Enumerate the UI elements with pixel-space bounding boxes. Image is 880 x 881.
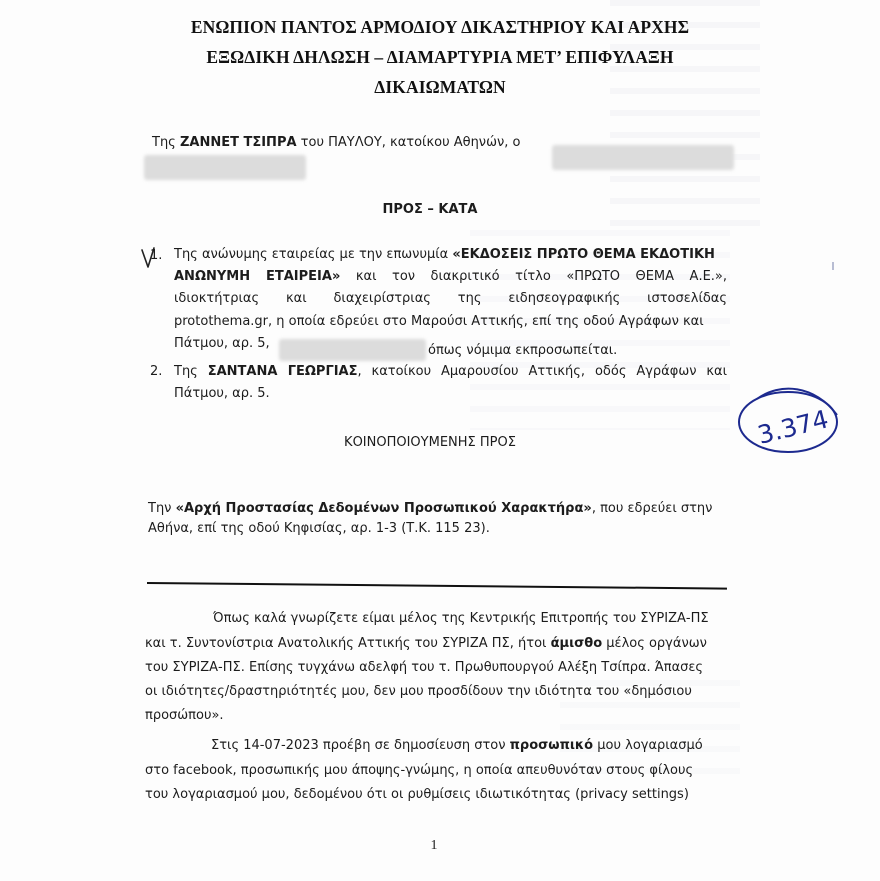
respondent-2-name: ΣΑΝΤΑΝΑ ΓΕΩΡΓΙΑΣ: [208, 364, 358, 379]
page-number: 1: [0, 838, 868, 854]
heading-line-1: ΕΝΩΠΙΟΝ ΠΑΝΤΟΣ ΑΡΜΟΔΙΟΥ ΔΙΚΑΣΤΗΡΙΟΥ ΚΑΙ …: [0, 17, 880, 38]
sender-name: ΖΑΝΝΕΤ ΤΣΙΠΡΑ: [180, 135, 297, 150]
respondent-1-line-1: Της ανώνυμης εταιρείας με την επωνυμία «…: [174, 244, 715, 266]
respondent-1-line-4: protothema.gr, η οποία εδρεύει στο Μαρού…: [174, 311, 704, 333]
paragraph-2-line-3: του λογαριασμού μου, δεδομένου ότι οι ρυ…: [145, 784, 689, 806]
respondent-2-line-1: Της ΣΑΝΤΑΝΑ ΓΕΩΡΓΙΑΣ, κατοίκου Αμαρουσίο…: [174, 361, 727, 383]
notified-label: ΚΟΙΝΟΠΟΙΟΥΜΕΝΗΣ ΠΡΟΣ: [0, 435, 870, 450]
paragraph-2-line-1: Στις 14-07-2023 προέβη σε δημοσίευση στο…: [211, 735, 703, 757]
paragraph-2-emphasis: προσωπικό: [510, 738, 593, 753]
sender-prefix: Της: [152, 135, 180, 150]
sender-line: Της ΖΑΝΝΕΤ ΤΣΙΠΡΑ του ΠΑΥΛΟΥ, κατοίκου Α…: [152, 132, 520, 154]
respondent-1-line-2: ΑΝΩΝΥΜΗ ΕΤΑΙΡΕΙΑ» και τον διακριτικό τίτ…: [174, 266, 727, 288]
respondent-1-company-name-cont: ΑΝΩΝΥΜΗ ΕΤΑΙΡΕΙΑ»: [174, 269, 340, 284]
sender-trailing: ο: [512, 135, 520, 150]
respondent-1-line-5-end: όπως νόμιμα εκπροσωπείται.: [428, 340, 617, 362]
notified-prefix: Την: [148, 501, 176, 516]
heading-line-3: ΔΙΚΑΙΩΜΑΤΩΝ: [0, 77, 880, 98]
respondent-1-text: Της ανώνυμης εταιρείας με την επωνυμία: [174, 247, 452, 262]
paragraph-2-line-2: στο facebook, προσωπικής μου άποψης-γνώμ…: [145, 760, 693, 782]
redacted-address-1: [552, 145, 734, 170]
paragraph-1-line-1: Όπως καλά γνωρίζετε είμαι μέλος της Κεντ…: [213, 608, 709, 630]
respondent-2-address: , κατοίκου Αμαρουσίου Αττικής, οδός Αγρά…: [358, 364, 727, 379]
paragraph-2-line-1-end: μου λογαριασμό: [593, 738, 703, 753]
against-label: ΠΡΟΣ – ΚΑΤΑ: [0, 202, 870, 217]
respondent-2-line-2: Πάτμου, αρ. 5.: [174, 383, 270, 405]
sender-suffix: του ΠΑΥΛΟΥ, κατοίκου Αθηνών,: [297, 135, 513, 150]
notified-line-2: Αθήνα, επί της οδού Κηφισίας, αρ. 1-3 (Τ…: [148, 518, 490, 540]
paragraph-1-line-2-start: και τ. Συντονίστρια Ανατολικής Αττικής τ…: [145, 636, 551, 651]
notified-line-1: Την «Αρχή Προστασίας Δεδομένων Προσωπικο…: [148, 498, 712, 520]
respondent-2-prefix: Της: [174, 364, 208, 379]
stray-pen-mark: [832, 262, 834, 270]
paragraph-1-line-3: του ΣΥΡΙΖΑ-ΠΣ. Επίσης τυγχάνω αδελφή του…: [145, 657, 703, 679]
paragraph-1-line-2-end: μέλος οργάνων: [602, 636, 707, 651]
paragraph-1-line-2: και τ. Συντονίστρια Ανατολικής Αττικής τ…: [145, 633, 707, 655]
respondent-1-address: Πάτμου, αρ. 5,: [174, 336, 270, 351]
notified-address-start: , που εδρεύει στην: [592, 501, 713, 516]
respondent-1-line-5: Πάτμου, αρ. 5,: [174, 333, 270, 355]
paragraph-1-line-4: οι ιδιότητες/δραστηριότητές μου, δεν μου…: [145, 681, 692, 703]
paragraph-1-emphasis: άμισθο: [551, 636, 603, 651]
respondent-2-number: 2.: [150, 364, 162, 379]
redacted-address-2: [144, 155, 306, 180]
respondent-1-number: 1.: [150, 248, 162, 263]
respondent-1-company-name: «ΕΚΔΟΣΕΙΣ ΠΡΩΤΟ ΘΕΜΑ ΕΚΔΟΤΙΚΗ: [452, 247, 715, 262]
redacted-respondent-1-info: [279, 339, 426, 361]
section-divider: [147, 582, 727, 590]
paragraph-2-line-1-start: Στις 14-07-2023 προέβη σε δημοσίευση στο…: [211, 738, 510, 753]
heading-line-2: ΕΞΩΔΙΚΗ ΔΗΛΩΣΗ – ΔΙΑΜΑΡΤΥΡΙΑ ΜΕΤ’ ΕΠΙΦΥΛ…: [0, 47, 880, 68]
document-page: ΕΝΩΠΙΟΝ ΠΑΝΤΟΣ ΑΡΜΟΔΙΟΥ ΔΙΚΑΣΤΗΡΙΟΥ ΚΑΙ …: [0, 0, 880, 881]
notified-authority-name: «Αρχή Προστασίας Δεδομένων Προσωπικού Χα…: [176, 501, 592, 516]
respondent-1-title: και τον διακριτικό τίτλο «ΠΡΩΤΟ ΘΕΜΑ Α.Ε…: [340, 269, 727, 284]
respondent-1-line-3: ιδιοκτήτριας και διαχειρίστριας της ειδη…: [174, 288, 727, 310]
paragraph-1-line-5: προσώπου».: [145, 705, 224, 727]
